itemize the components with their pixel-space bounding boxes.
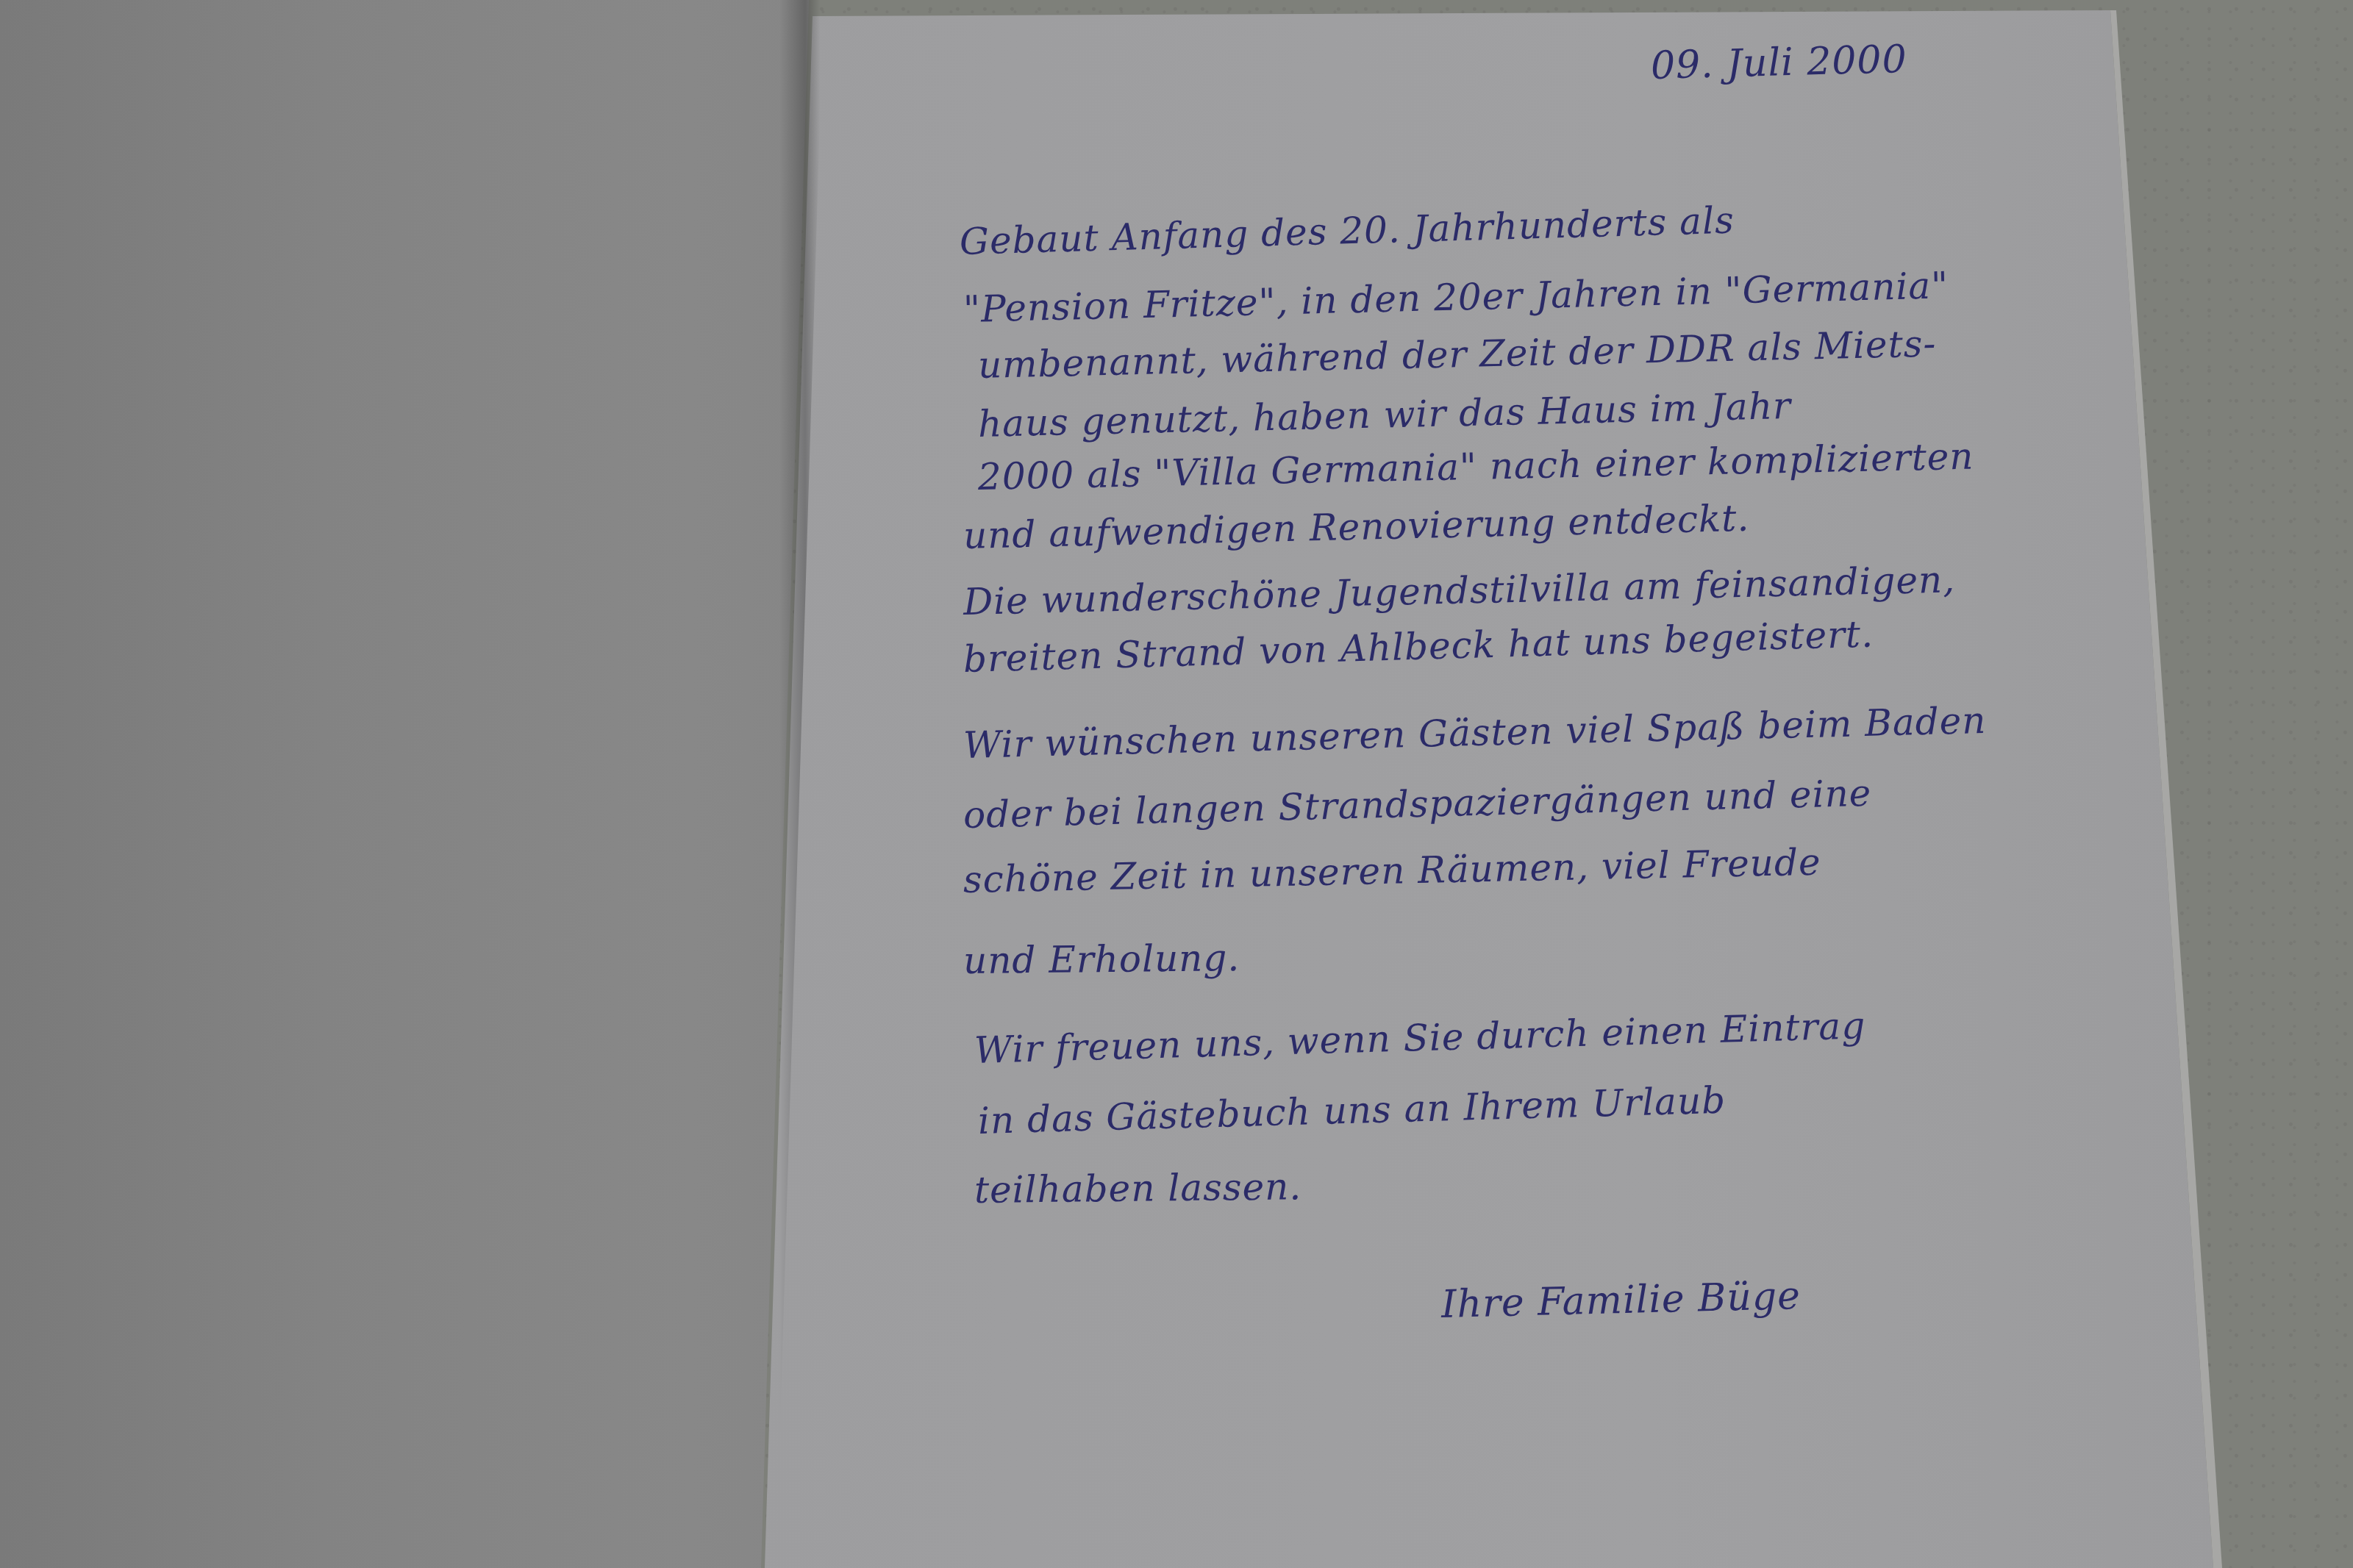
text-line: und aufwendigen Renovierung entdeckt. [963,497,1749,557]
text-line: haus genutzt, haben wir das Haus im Jahr [977,384,1791,445]
signature: Ihre Familie Büge [1440,1274,1801,1327]
text-line: in das Gästebuch uns an Ihrem Urlaub [977,1079,1727,1142]
entry-date: 09. Juli 2000 [1650,37,1907,88]
photo-scene: 09. Juli 2000 Gebaut Anfang des 20. Jahr… [0,0,2353,1568]
text-line: teilhaben lassen. [974,1165,1302,1211]
text-line: breiten Strand von Ahlbeck hat uns begei… [963,612,1874,681]
text-line: schöne Zeit in unseren Räumen, viel Freu… [963,841,1821,901]
text-line: Die wunderschöne Jugendstilvilla am fein… [963,558,1955,623]
text-line: Wir wünschen unseren Gästen viel Spaß be… [963,699,1987,767]
text-line: "Pension Fritze", in den 20er Jahren in … [963,264,1949,331]
text-line: oder bei langen Strandspaziergängen und … [963,772,1872,837]
text-line: Wir freuen uns, wenn Sie durch einen Ein… [974,1004,1866,1072]
text-line: Gebaut Anfang des 20. Jahrhunderts als [959,199,1735,263]
text-line: und Erholung. [963,937,1240,982]
handwritten-text: 09. Juli 2000 Gebaut Anfang des 20. Jahr… [0,0,2353,1568]
text-line: umbenannt, während der Zeit der DDR als … [977,322,1936,387]
text-line: 2000 als "Villa Germania" nach einer kom… [977,435,1974,498]
